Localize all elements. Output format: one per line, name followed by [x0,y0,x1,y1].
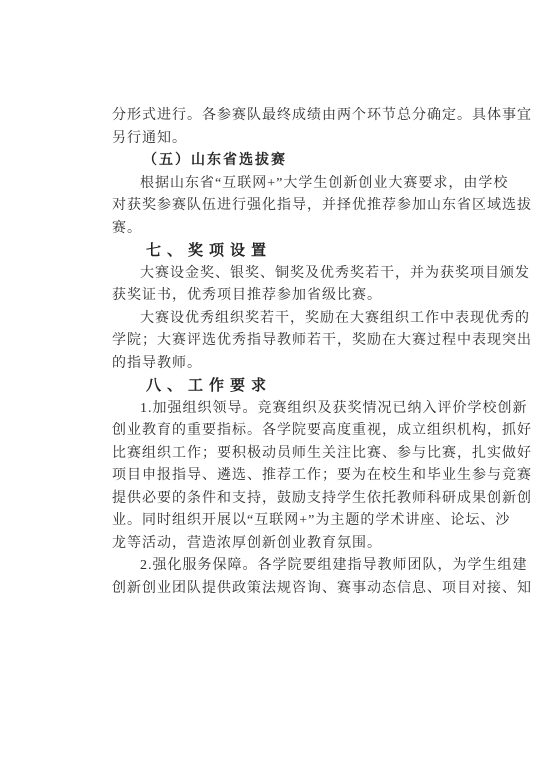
text-line: 提供必要的条件和支持，鼓励支持学生依托教师科研成果创新创 [112,488,522,511]
text-line: 大赛设优秀组织奖若干，奖励在大赛组织工作中表现优秀的 [112,308,522,331]
section-heading-awards: 七、奖项设置 [112,240,522,263]
text-line: 获奖证书，优秀项目推荐参加省级比赛。 [112,285,522,308]
text-line: 创业教育的重要指标。各学院要高度重视，成立组织机构，抓好 [112,420,522,443]
subsection-heading-shandong: （五）山东省选拔赛 [112,150,522,173]
section-heading-work-requirements: 八、工作要求 [112,375,522,398]
text-line: 学院；大赛评选优秀指导教师若干，奖励在大赛过程中表现突出 [112,330,522,353]
text-line: 另行通知。 [112,128,522,151]
document-text-block: 分形式进行。各参赛队最终成绩由两个环节总分确定。具体事宜 另行通知。 （五）山东… [112,105,522,600]
text-line: 的指导教师。 [112,353,522,376]
text-line: 业。同时组织开展以“互联网+”为主题的学术讲座、论坛、沙 [112,510,522,533]
text-line: 大赛设金奖、银奖、铜奖及优秀奖若干，并为获奖项目颁发 [112,263,522,286]
text-line: 比赛组织工作；要积极动员师生关注比赛、参与比赛，扎实做好 [112,443,522,466]
text-line: 龙等活动，营造浓厚创新创业教育氛围。 [112,533,522,556]
text-line: 项目申报指导、遴选、推荐工作；要为在校生和毕业生参与竞赛 [112,465,522,488]
text-line: 1.加强组织领导。竞赛组织及获奖情况已纳入评价学校创新 [112,398,522,421]
text-line: 2.强化服务保障。各学院要组建指导教师团队，为学生组建 [112,555,522,578]
document-page: 分形式进行。各参赛队最终成绩由两个环节总分确定。具体事宜 另行通知。 （五）山东… [0,0,547,764]
text-line: 分形式进行。各参赛队最终成绩由两个环节总分确定。具体事宜 [112,105,522,128]
text-line: 创新创业团队提供政策法规咨询、赛事动态信息、项目对接、知 [112,578,522,601]
text-line: 对获奖参赛队伍进行强化指导，并择优推荐参加山东省区域选拔 [112,195,522,218]
text-line: 赛。 [112,218,522,241]
text-line: 根据山东省“互联网+”大学生创新创业大赛要求，由学校 [112,173,522,196]
